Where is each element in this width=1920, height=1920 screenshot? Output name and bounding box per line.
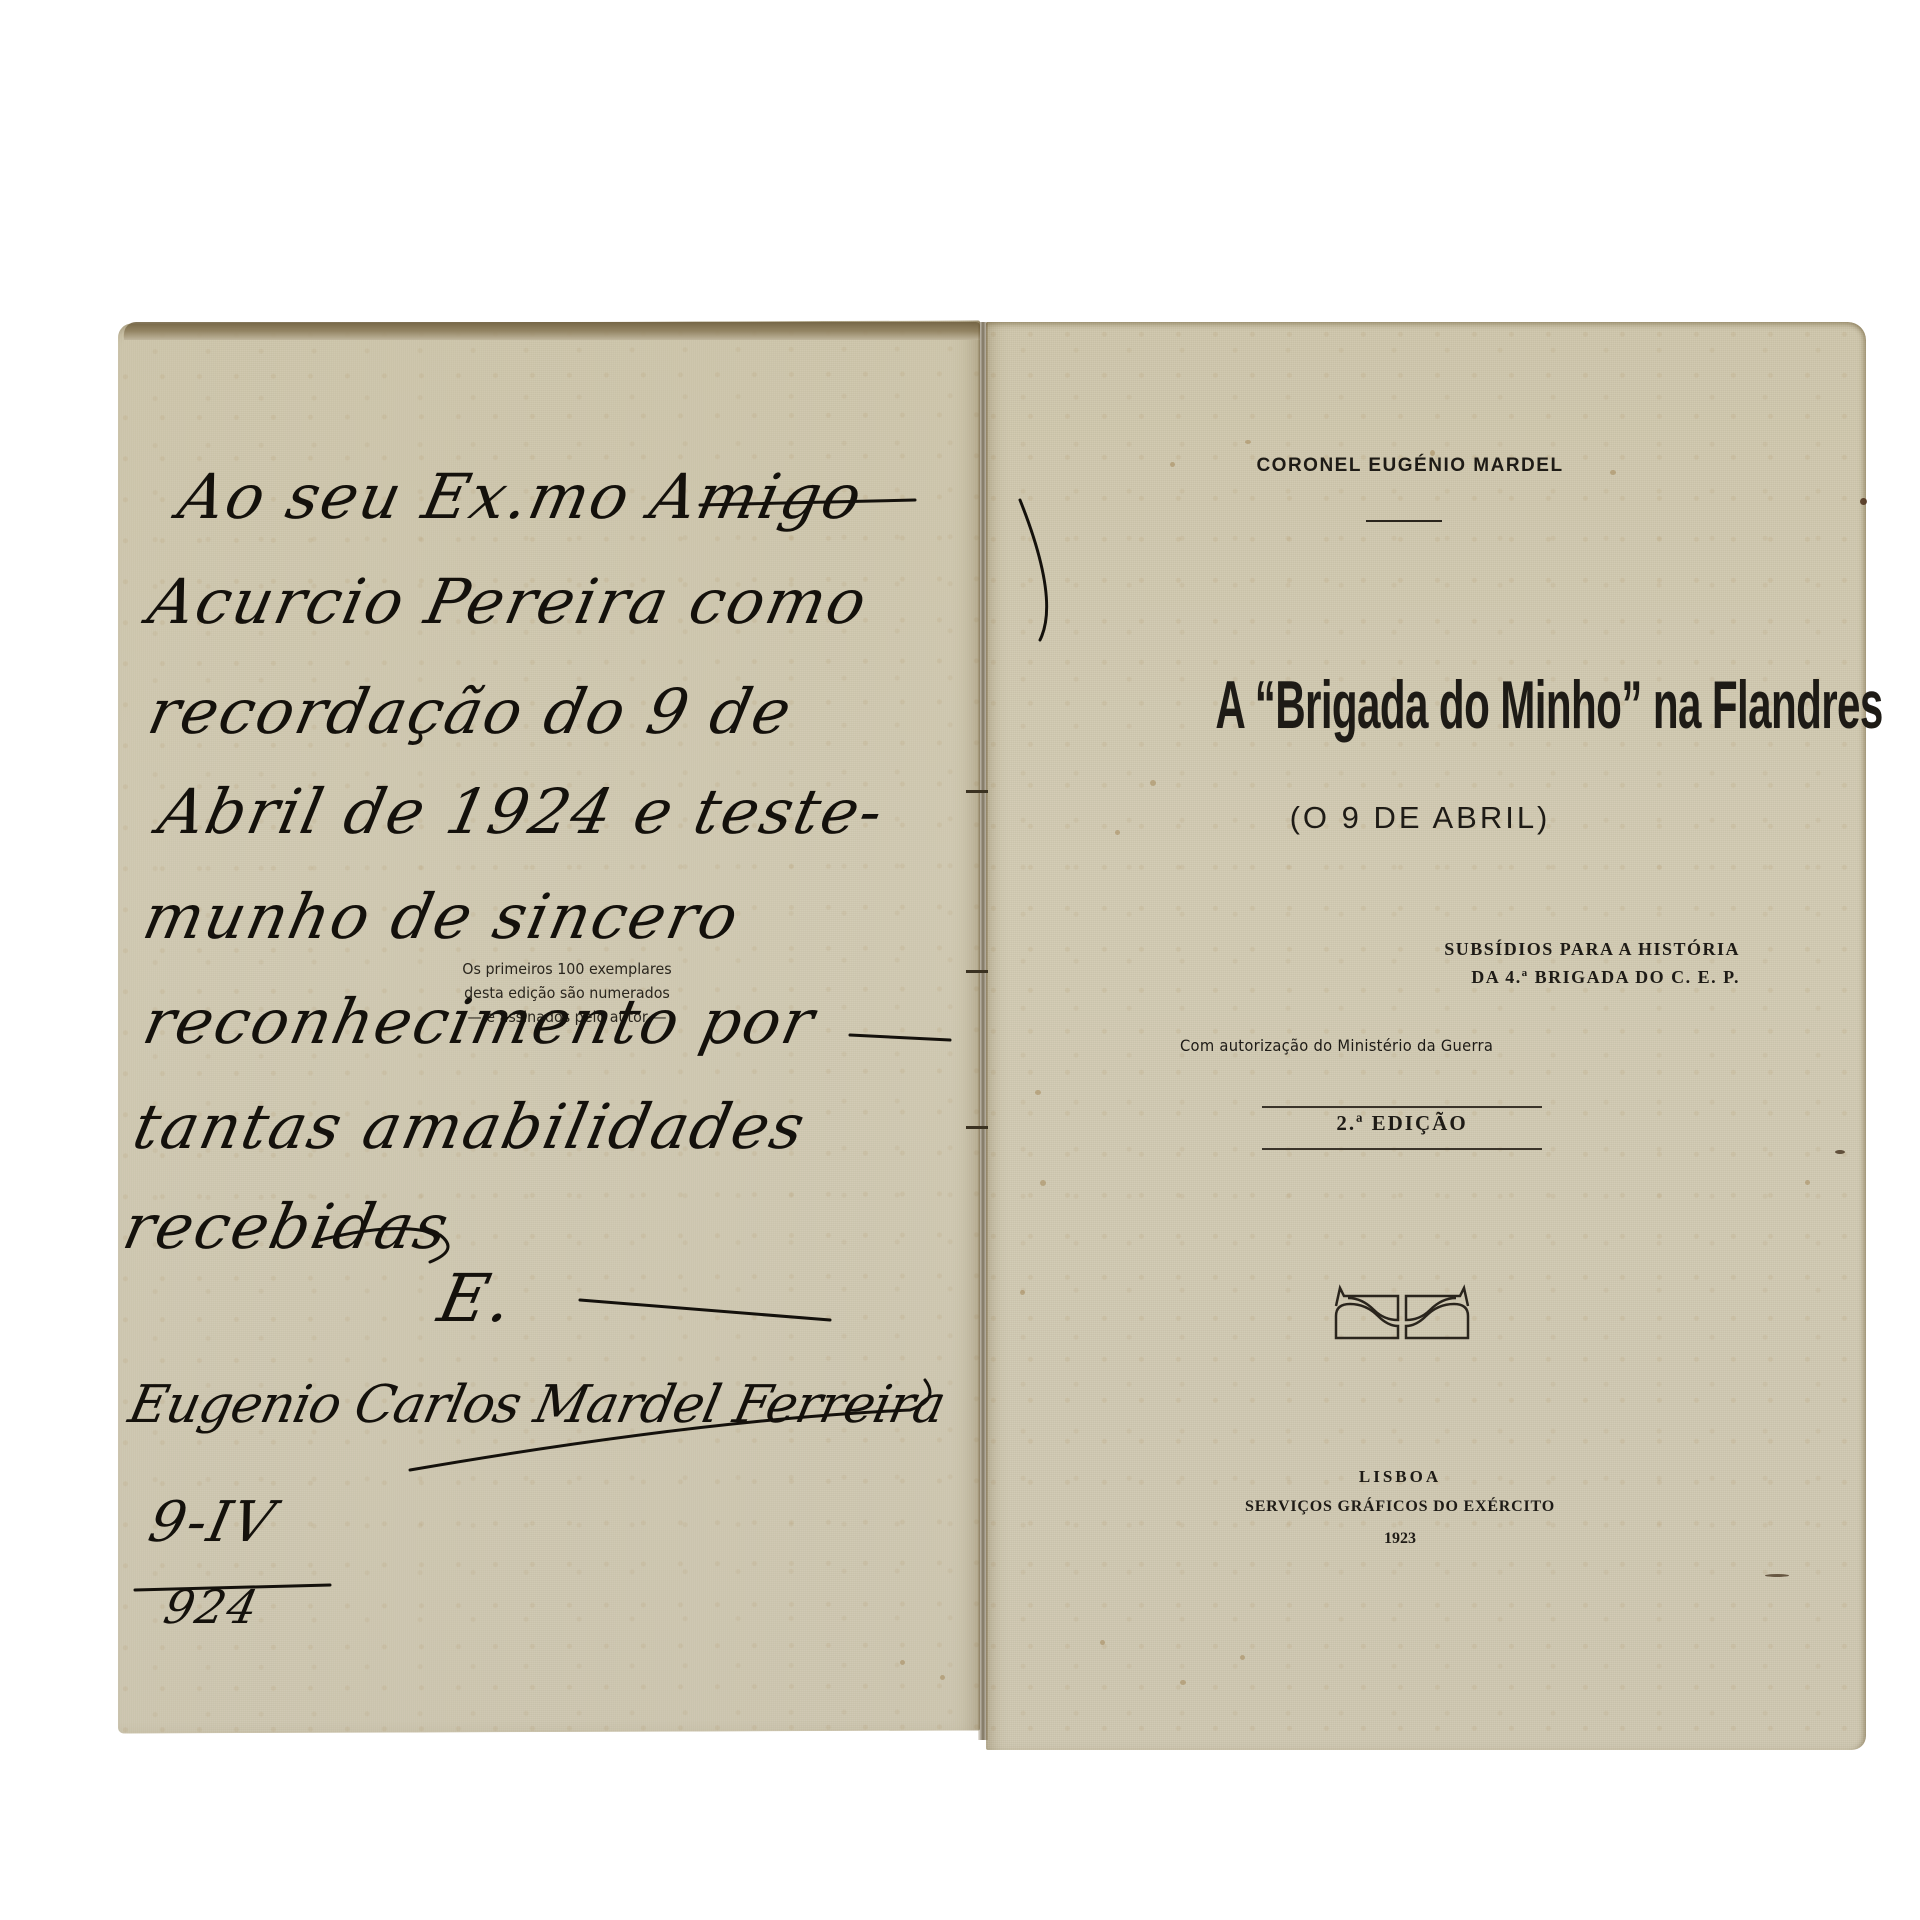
foxing-spot <box>900 1660 905 1665</box>
foxing-spot <box>1765 1574 1789 1577</box>
title-container: A “Brigada do Minho” na Flandres <box>1090 665 1750 755</box>
inscription-date-day-month: 9-IV <box>143 1490 282 1555</box>
inscription-line-1: Ao seu Ex.mo Amigo <box>172 460 870 533</box>
author-signature: Eugenio Carlos Mardel Ferreira <box>124 1375 950 1435</box>
inscription-line-3: recordação do 9 de <box>142 675 799 748</box>
author-name: CORONEL EUGÉNIO MARDEL <box>1180 455 1640 477</box>
book-title: A “Brigada do Minho” na Flandres <box>1215 665 1624 745</box>
inscription-line-7: tantas amabilidades <box>127 1090 812 1163</box>
subsidios-line-2: DA 4.ª BRIGADA DO C. E. P. <box>1360 963 1740 991</box>
foxing-spot <box>1150 780 1156 786</box>
printers-ornament-icon <box>1322 1276 1482 1346</box>
imprint-year: 1923 <box>1300 1530 1500 1548</box>
subsidios-block: SUBSÍDIOS PARA A HISTÓRIA DA 4.ª BRIGADA… <box>1360 935 1740 991</box>
foxing-spot <box>1040 1180 1046 1186</box>
book-subtitle: (O 9 DE ABRIL) <box>1200 800 1640 836</box>
edition-rule-bottom <box>1262 1148 1542 1150</box>
imprint-city: LISBOA <box>1300 1467 1500 1487</box>
book-spine-gutter <box>978 322 988 1740</box>
foxing-spot <box>1240 1655 1245 1660</box>
foxing-spot <box>1170 462 1175 467</box>
inscription-line-4: Abril de 1924 e teste- <box>152 775 891 848</box>
binding-stitch <box>966 1126 988 1129</box>
inscription-line-6: reconhecimento por <box>137 985 822 1058</box>
inscription-line-5: munho de sincero <box>137 880 746 953</box>
inscription-line-8: recebidas <box>117 1190 456 1263</box>
foxing-spot <box>1805 1180 1810 1185</box>
foxing-spot <box>1035 1090 1041 1095</box>
foxing-spot <box>1100 1640 1105 1645</box>
imprint-publisher: SERVIÇOS GRÁFICOS DO EXÉRCITO <box>1200 1498 1600 1516</box>
edition-label: 2.ª EDIÇÃO <box>1262 1111 1542 1136</box>
foxing-spot <box>1180 1680 1186 1685</box>
authorization-note: Com autorização do Ministério da Guerra <box>1180 1036 1585 1055</box>
subsidios-line-1: SUBSÍDIOS PARA A HISTÓRIA <box>1360 935 1740 963</box>
edition-rule-top <box>1262 1106 1542 1108</box>
author-divider-rule <box>1366 520 1442 522</box>
foxing-spot <box>940 1675 945 1680</box>
foxing-spot <box>1860 498 1867 505</box>
open-book: CORONEL EUGÉNIO MARDEL A “Brigada do Min… <box>0 0 1920 1920</box>
binding-stitch <box>966 790 988 793</box>
foxing-spot <box>1020 1290 1025 1295</box>
scan-background: CORONEL EUGÉNIO MARDEL A “Brigada do Min… <box>0 0 1920 1920</box>
inscription-line-2: Acurcio Pereira como <box>142 565 874 638</box>
left-page-worn-top-edge <box>124 322 980 340</box>
limited-edition-line-1: Os primeiros 100 exemplares <box>424 957 709 981</box>
inscription-date-year: 924 <box>159 1580 264 1634</box>
foxing-spot <box>1245 440 1251 444</box>
foxing-spot <box>1835 1150 1845 1154</box>
foxing-spot <box>1115 830 1120 835</box>
binding-stitch <box>966 970 988 973</box>
